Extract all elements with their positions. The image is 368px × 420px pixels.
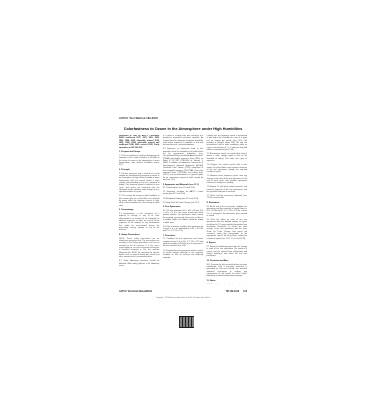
section-heading: 10. Precision and Bias	[207, 260, 247, 262]
body-paragraph: 10.1 Precision for this test method has …	[207, 264, 247, 278]
body-paragraph: 5.4 Gray Scale for Color Change (see 11.…	[163, 202, 203, 204]
document-header: AATCC Test Method 109-2010	[119, 117, 247, 120]
document-page: AATCC Test Method 109-2010 Colorfastness…	[119, 117, 247, 305]
body-paragraph: 8.2 Rate the effect on color of the test…	[207, 219, 247, 240]
footer-method-number: TM 109-2010	[225, 291, 239, 293]
body-paragraph: 4.3 Exposure to chemicals used in this p…	[163, 148, 203, 181]
page-title: Colorfastness to Ozone in the Atmosphere…	[119, 127, 247, 131]
body-paragraph: 7.1 Condition the test specimens and con…	[163, 238, 203, 247]
section-heading: 5. Apparatus and Materials (see 11.1)	[163, 184, 203, 186]
body-paragraph: 6.1 Cut test specimens 60 × 100 ± 60 mm …	[163, 210, 203, 224]
copyright-line: Copyright © 2010 American Association of…	[119, 297, 247, 299]
page-footer: AATCC Technical Manual/2011 TM 109-2010 …	[119, 291, 247, 293]
body-paragraph: 5.2 Exposure chamber for AATCC Ozone tes…	[163, 191, 203, 196]
body-paragraph: 1.1 This test method is used for determi…	[119, 155, 159, 167]
body-paragraph: Developed in 1962 by AATCC Committee RA2…	[119, 135, 159, 149]
body-paragraph: 2.2 The reason for testing at high humid…	[119, 195, 159, 207]
section-heading: 2. Principle	[119, 169, 159, 171]
body-paragraph: 3.1 colorfastness, n.—the resistance of …	[119, 213, 159, 232]
body-paragraph: 5.1 Control fabrics (see 11.3 and 11.4).	[163, 187, 203, 189]
body-paragraph: 4.2 Ozone is a highly toxic gas; exposur…	[163, 135, 203, 147]
body-paragraph: Comply with the following: ozone is intr…	[207, 135, 247, 151]
body-paragraph: 2.1 A test specimen and a swatch of cont…	[119, 173, 159, 194]
column-3: Comply with the following: ozone is intr…	[207, 135, 247, 284]
section-heading: 3. Terminology	[119, 209, 159, 211]
section-heading: 7. Procedure	[163, 235, 203, 237]
section-heading: 11. Notes	[207, 280, 247, 282]
body-paragraph: 7.4 Replace the control swatch with a ne…	[207, 164, 247, 173]
section-heading: 1. Purpose and Scope	[119, 151, 159, 153]
section-heading: 8. Evaluation	[207, 202, 247, 204]
body-paragraph: 7.5 Between these exposure cycles, note …	[207, 175, 247, 184]
text-columns: Developed in 1962 by AATCC Committee RA2…	[119, 135, 247, 284]
section-heading: 6. Test Specimens	[163, 206, 203, 208]
barcode-stamp	[179, 316, 194, 328]
column-1: Developed in 1962 by AATCC Committee RA2…	[119, 135, 159, 284]
body-paragraph: 7.2 Suspend the test specimens and the s…	[163, 250, 203, 259]
body-paragraph: 7.3 Remove the swatch of control fabric …	[207, 153, 247, 162]
body-paragraph: 7.7 Rinse and dry specimens afterward (s…	[207, 195, 247, 200]
body-paragraph: 4.1 Good laboratory practices should be …	[119, 260, 159, 267]
section-heading: 4. Safety Precautions	[119, 234, 159, 236]
body-paragraph: 5.3 Standard of fading (see 11.3 and 11.…	[163, 198, 203, 200]
column-2: 4.2 Ozone is a highly toxic gas; exposur…	[163, 135, 203, 284]
footer-page-number: 123	[243, 291, 247, 293]
body-paragraph: NOTE: These safety precautions are for i…	[119, 238, 159, 259]
body-paragraph: 8.1 At the end of the test period, condi…	[207, 206, 247, 218]
body-paragraph: 6.2 Prior to testing, condition the spec…	[163, 226, 203, 233]
body-paragraph: 7.6 Repeat 7.2 with fresh control swatch…	[207, 186, 247, 193]
body-paragraph: 9.1 Report the following separately: the…	[207, 246, 247, 258]
footer-manual-label: AATCC Technical Manual/2011	[119, 291, 152, 293]
section-heading: 9. Report	[207, 242, 247, 244]
